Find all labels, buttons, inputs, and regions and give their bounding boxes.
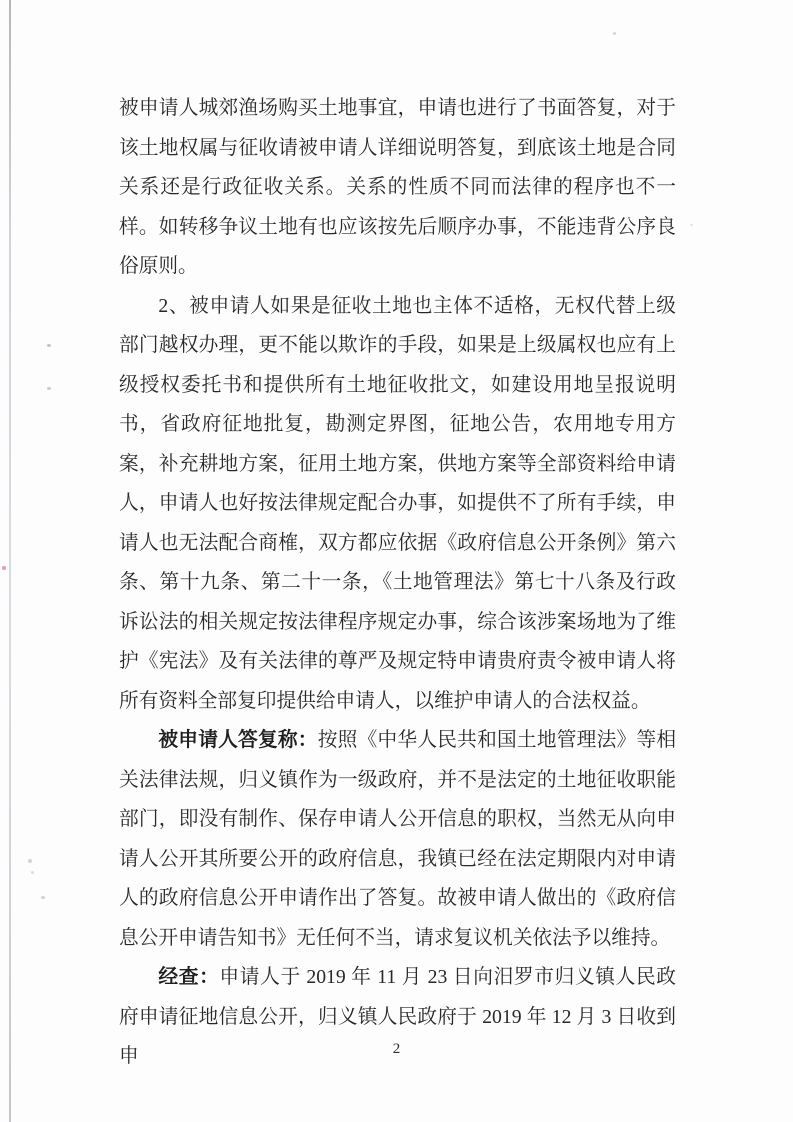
paragraph-3-lead: 被申请人答复称： — [158, 729, 317, 751]
paragraph-2: 2、被申请人如果是征收土地也主体不适格，无权代替上级部门越权办理，更不能以欺诈的… — [119, 287, 676, 722]
page-number: 2 — [0, 1040, 793, 1058]
paragraph-1: 被申请人城郊渔场购买土地事宜，申请也进行了书面答复，对于该土地权属与征收请被申请… — [119, 89, 676, 287]
scan-speck — [613, 32, 616, 35]
document-body: 被申请人城郊渔场购买土地事宜，申请也进行了书面答复，对于该土地权属与征收请被申请… — [119, 89, 676, 1077]
scan-speck — [31, 871, 34, 874]
scan-speck — [2, 566, 6, 570]
scan-edge-line — [9, 0, 11, 1122]
paragraph-4: 经查：申请人于 2019 年 11 月 23 日向汨罗市归义镇人民政府申请征地信… — [119, 958, 676, 1077]
paragraph-3: 被申请人答复称：按照《中华人民共和国土地管理法》等相关法律法规，归义镇作为一级政… — [119, 721, 676, 958]
scan-speck — [47, 387, 51, 390]
scan-speck — [690, 224, 693, 226]
scan-speck — [41, 896, 45, 899]
scan-speck — [28, 859, 32, 863]
paragraph-4-lead: 经查： — [158, 966, 219, 988]
scan-speck — [47, 344, 51, 347]
document-page: 被申请人城郊渔场购买土地事宜，申请也进行了书面答复，对于该土地权属与征收请被申请… — [0, 0, 793, 1122]
